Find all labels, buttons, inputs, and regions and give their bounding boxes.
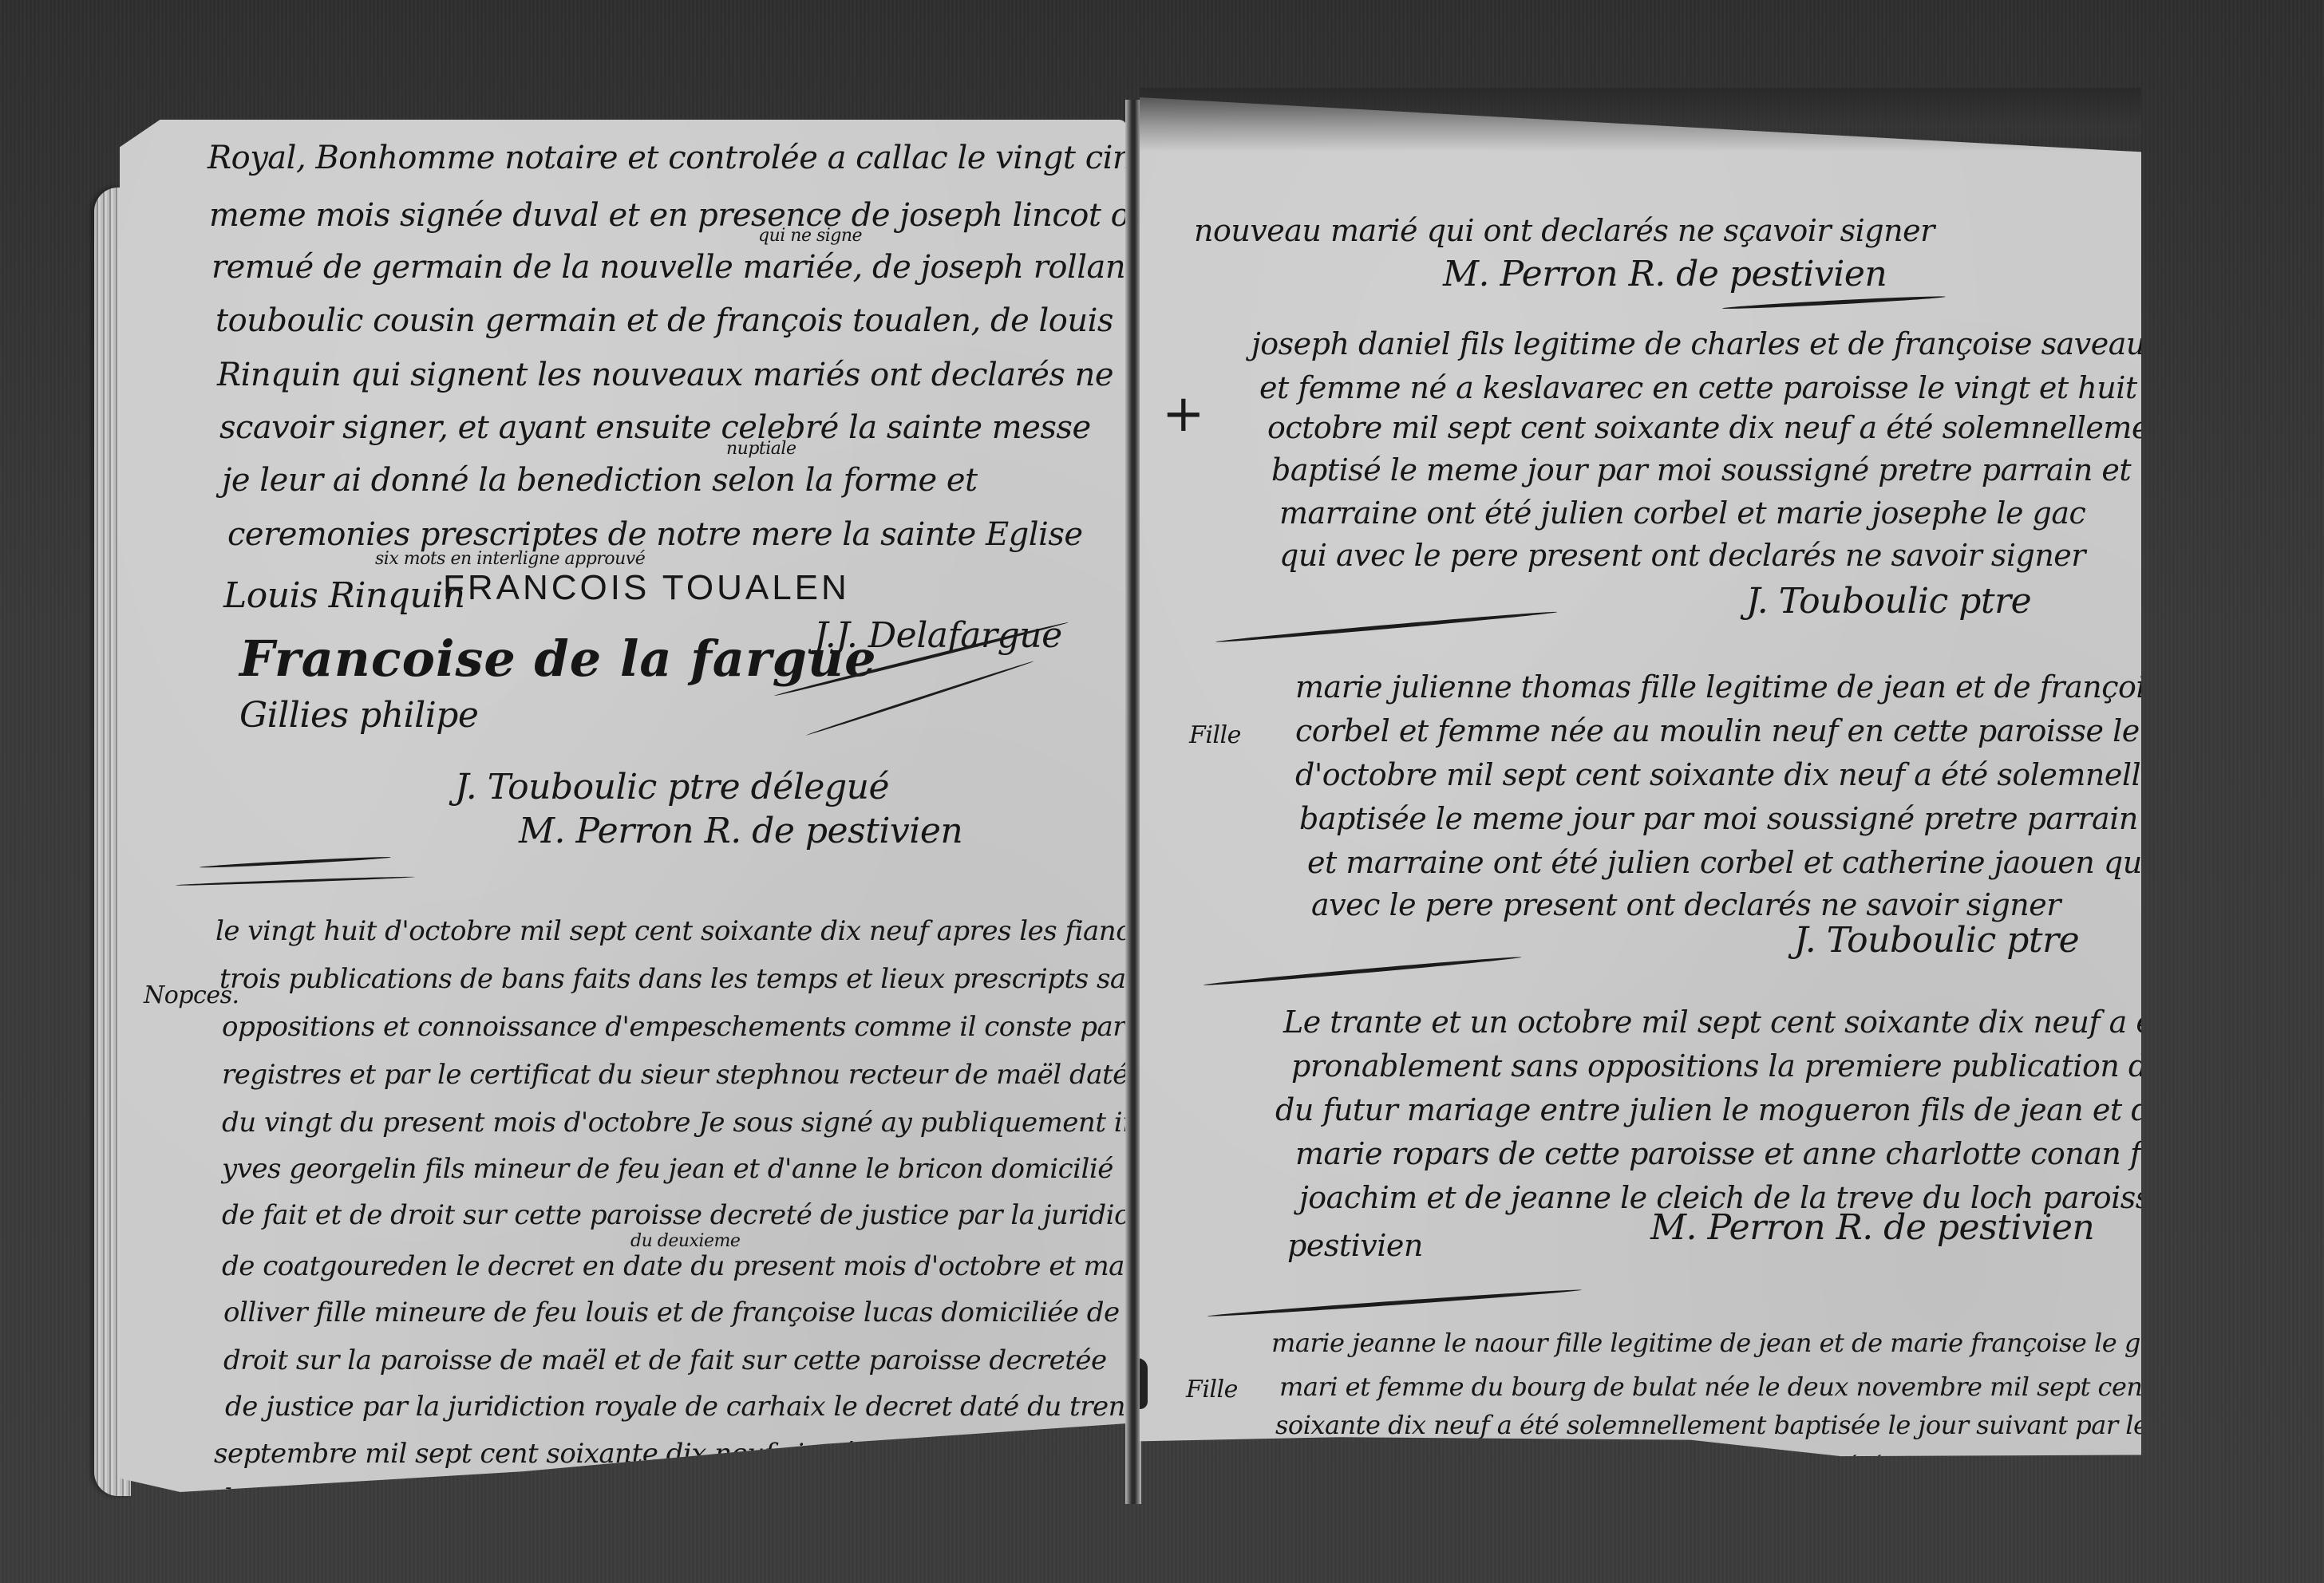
text-line: nouveau marié qui ont declarés ne sçavoi… <box>1194 215 1935 246</box>
signature-perron: M. Perron R. de pestivien <box>519 814 962 849</box>
text-line: meme mois signée duval et en presence de… <box>209 199 1196 231</box>
text-line: pronablement sans oppositions la premier… <box>1291 1051 2245 1081</box>
text-line: corbel et femme née au moulin neuf en ce… <box>1295 716 2241 746</box>
margin-note-fille: Fille <box>1189 724 1241 748</box>
text-line: mari et femme du bourg de bulat née le d… <box>1279 1374 2152 1399</box>
book-gutter <box>1125 100 1141 1504</box>
text-line: de coatgoureden le decret en date du pre… <box>222 1253 1235 1280</box>
text-line: marie jeanne le naour fille legitime de … <box>1271 1330 2192 1356</box>
signature-delafargue: J.J. Delafargue <box>814 618 1062 653</box>
left-page: Royal, Bonhomme notaire et controlée a c… <box>120 120 1127 1492</box>
text-line: trois publications de bans faits dans le… <box>219 965 1156 993</box>
text-line: marie ropars de cette paroisse et anne c… <box>1295 1139 2232 1169</box>
text-line: baptisée le meme jour par moi soussigné … <box>1299 803 2138 834</box>
text-line: d'octobre mil sept cent soixante dix neu… <box>1295 760 2235 790</box>
text-line: qui avec le pere present ont declarés ne… <box>1279 540 2085 570</box>
signature-perron: M. Perron R. de pestivien <box>1443 257 1887 292</box>
text-line: Rinquin qui signent les nouveaux mariés … <box>217 359 1113 391</box>
separator-flourish <box>176 876 415 886</box>
signature-flourish <box>1722 294 1946 310</box>
text-line: pestivien <box>1287 1230 1423 1261</box>
interlinear-note: qui ne signe <box>758 227 862 245</box>
text-line: octobre mil sept cent soixante dix neuf … <box>1267 413 2180 443</box>
text-line: de justice par la juridiction royale de … <box>225 1393 1152 1420</box>
text-line: avec le pere present ont declarés ne sav… <box>1311 890 2061 920</box>
signature-touboulic: J. Touboulic ptre <box>1794 923 2079 958</box>
signature-francois-toualen: FRANCOIS TOUALEN <box>443 570 850 606</box>
margin-note-fille: Fille <box>1186 1378 1238 1402</box>
interlinear-note: nuptiale <box>726 440 796 458</box>
separator-flourish <box>200 855 391 869</box>
text-line: baptisé le meme jour par moi soussigné p… <box>1271 455 2131 485</box>
cross-mark: + <box>1162 385 1205 444</box>
text-line: joseph daniel fils legitime de charles e… <box>1251 329 2223 359</box>
text-line: yves georgelin fils mineur de feu jean e… <box>222 1155 1113 1182</box>
interlinear-note: six mots en interligne approuvé <box>375 551 645 568</box>
text-line: scavoir signer, et ayant ensuite celebré… <box>219 412 1091 444</box>
text-line: le vingt huit d'octobre mil sept cent so… <box>215 918 1281 945</box>
signature-touboulic: J. Touboulic ptre délegué <box>455 770 889 805</box>
text-line: marraine ont été julien corbel et marie … <box>1279 498 2085 528</box>
signature-perron: M. Perron R. de pestivien <box>1650 1210 2094 1245</box>
text-line: et femme né a keslavarec en cette parois… <box>1259 373 2137 403</box>
separator-flourish <box>1215 610 1558 644</box>
text-line: soixante dix neuf a été solemnellement b… <box>1275 1412 2148 1438</box>
right-page: nouveau marié qui ont declarés ne sçavoi… <box>1140 97 2141 1462</box>
text-line: du vingt du present mois d'octobre Je so… <box>222 1109 1239 1136</box>
text-line: de fait et de droit sur cette paroisse d… <box>222 1202 1180 1229</box>
text-line: marie julienne thomas fille legitime de … <box>1295 672 2178 702</box>
signature-gillies-philipe: Gillies philipe <box>239 698 478 733</box>
interlinear-note: du deuxieme <box>630 1233 740 1250</box>
signature-francoise-de-la-fargue: Francoise de la fargue <box>239 634 877 684</box>
signature-touboulic: J. Touboulic ptre <box>1746 584 2031 619</box>
page-top-shadow <box>1140 88 2141 152</box>
text-line: Le trante et un octobre mil sept cent so… <box>1283 1007 2259 1037</box>
text-line: olliver fille mineure de feu louis et de… <box>223 1299 1120 1326</box>
text-line: registres et par le certificat du sieur … <box>222 1061 1128 1088</box>
separator-flourish <box>1203 955 1522 987</box>
text-line: Royal, Bonhomme notaire et controlée a c… <box>207 142 1203 174</box>
separator-flourish <box>1207 1288 1582 1318</box>
text-line: touboulic cousin germain et de françois … <box>215 305 1113 337</box>
text-line: droit sur la paroisse de maël et de fait… <box>223 1347 1107 1374</box>
text-line: ceremonies prescriptes de notre mere la … <box>227 519 1083 551</box>
text-line: du futur mariage entre julien le moguero… <box>1275 1095 2168 1125</box>
signature-louis-rinquin: Louis Rinquin <box>223 578 465 614</box>
text-line: remué de germain de la nouvelle mariée, … <box>211 251 1145 283</box>
text-line: et marraine ont été julien corbel et cat… <box>1307 847 2151 878</box>
text-line: je leur ai donné la benediction selon la… <box>222 464 978 496</box>
